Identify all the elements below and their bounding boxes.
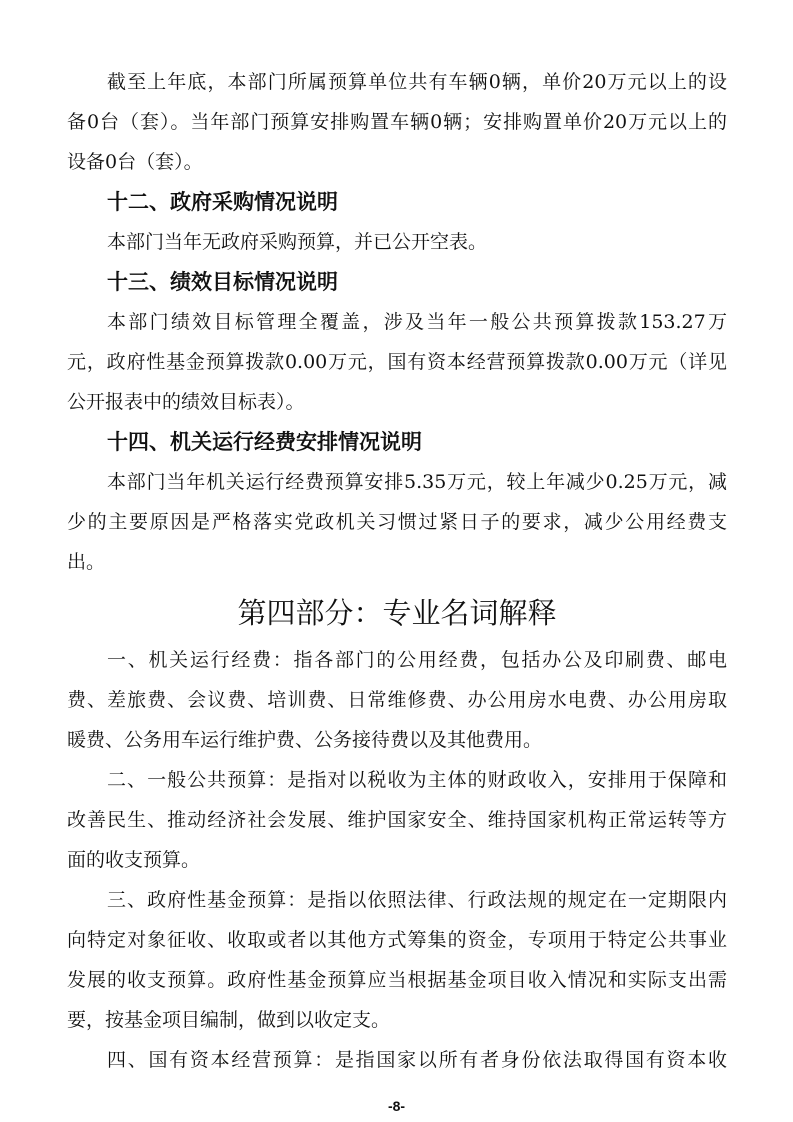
term-definition-general-budget: 二、一般公共预算：是指对以税收为主体的财政收入，安排用于保障和 改善民生、推动经… [67, 760, 727, 880]
paragraph-line: 面的收支预算。 [67, 840, 727, 880]
term-definition-fund-budget: 三、政府性基金预算：是指以依照法律、行政法规的规定在一定期限内 向特定对象征收、… [67, 880, 727, 1040]
paragraph-line: 本部门绩效目标管理全覆盖，涉及当年一般公共预算拨款153.27万 [67, 302, 727, 342]
paragraph-line: 设备0台（套）。 [67, 142, 727, 182]
part-four-title: 第四部分：专业名词解释 [67, 586, 727, 640]
paragraph-line: 要，按基金项目编制，做到以收定支。 [67, 1000, 727, 1040]
paragraph-line: 截至上年底，本部门所属预算单位共有车辆0辆，单价20万元以上的设 [67, 62, 727, 102]
assets-paragraph: 截至上年底，本部门所属预算单位共有车辆0辆，单价20万元以上的设 备0台（套）。… [67, 62, 727, 182]
paragraph-line: 元，政府性基金预算拨款0.00万元，国有资本经营预算拨款0.00万元（详见 [67, 342, 727, 382]
paragraph-line: 向特定对象征收、收取或者以其他方式筹集的资金，专项用于特定公共事业 [67, 920, 727, 960]
paragraph-line: 一、机关运行经费：指各部门的公用经费，包括办公及印刷费、邮电 [67, 640, 727, 680]
paragraph-line: 费、差旅费、会议费、培训费、日常维修费、办公用房水电费、办公用房取 [67, 680, 727, 720]
operating-costs-paragraph: 本部门当年机关运行经费预算安排5.35万元，较上年减少0.25万元，减 少的主要… [67, 462, 727, 582]
paragraph-line: 发展的收支预算。政府性基金预算应当根据基金项目收入情况和实际支出需 [67, 960, 727, 1000]
procurement-paragraph: 本部门当年无政府采购预算，并已公开空表。 [67, 222, 727, 262]
page-number: -8- [0, 1098, 793, 1114]
paragraph-line: 公开报表中的绩效目标表）。 [67, 382, 727, 422]
paragraph-line: 少的主要原因是严格落实党政机关习惯过紧日子的要求，减少公用经费支 [67, 502, 727, 542]
performance-paragraph: 本部门绩效目标管理全覆盖，涉及当年一般公共预算拨款153.27万 元，政府性基金… [67, 302, 727, 422]
document-page: 截至上年底，本部门所属预算单位共有车辆0辆，单价20万元以上的设 备0台（套）。… [67, 62, 727, 1080]
section-heading-performance: 十三、绩效目标情况说明 [67, 262, 727, 302]
paragraph-line: 本部门当年无政府采购预算，并已公开空表。 [67, 222, 727, 262]
paragraph-line: 出。 [67, 542, 727, 582]
paragraph-line: 三、政府性基金预算：是指以依照法律、行政法规的规定在一定期限内 [67, 880, 727, 920]
paragraph-line: 四、国有资本经营预算：是指国家以所有者身份依法取得国有资本收 [67, 1040, 727, 1080]
section-heading-procurement: 十二、政府采购情况说明 [67, 182, 727, 222]
term-definition-operating-costs: 一、机关运行经费：指各部门的公用经费，包括办公及印刷费、邮电 费、差旅费、会议费… [67, 640, 727, 760]
paragraph-line: 二、一般公共预算：是指对以税收为主体的财政收入，安排用于保障和 [67, 760, 727, 800]
paragraph-line: 改善民生、推动经济社会发展、维护国家安全、维持国家机构正常运转等方 [67, 800, 727, 840]
term-definition-state-capital-budget: 四、国有资本经营预算：是指国家以所有者身份依法取得国有资本收 [67, 1040, 727, 1080]
paragraph-line: 备0台（套）。当年部门预算安排购置车辆0辆；安排购置单价20万元以上的 [67, 102, 727, 142]
section-heading-operating-costs: 十四、机关运行经费安排情况说明 [67, 422, 727, 462]
paragraph-line: 暖费、公务用车运行维护费、公务接待费以及其他费用。 [67, 720, 727, 760]
paragraph-line: 本部门当年机关运行经费预算安排5.35万元，较上年减少0.25万元，减 [67, 462, 727, 502]
